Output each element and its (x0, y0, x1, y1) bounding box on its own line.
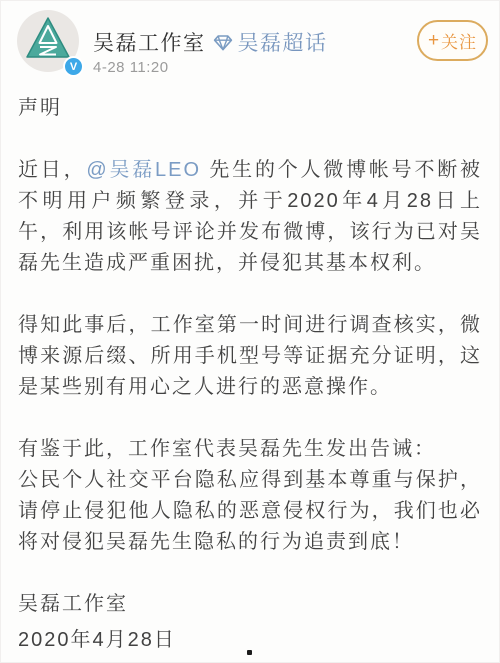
para3-line2: 公民个人社交平台隐私应得到基本尊重与保护，请停止侵犯他人隐私的恶意侵权行为，我们… (18, 465, 482, 558)
post-header: V 吴磊工作室 吴磊超话 4-28 11:20 + 关注 (1, 1, 499, 85)
plus-icon: + (428, 30, 440, 52)
small-dot (247, 650, 252, 655)
supertopic-diamond-icon (213, 34, 233, 52)
para3-line1: 有鉴于此，工作室代表吴磊先生发出告诫： (18, 434, 482, 465)
paragraph-3: 有鉴于此，工作室代表吴磊先生发出告诫： 公民个人社交平台隐私应得到基本尊重与保护… (18, 434, 482, 558)
weibo-post-card: V 吴磊工作室 吴磊超话 4-28 11:20 + 关注 声明 近日，@吴磊LE… (0, 0, 500, 663)
username[interactable]: 吴磊工作室 (93, 27, 206, 57)
paragraph-1: 近日，@吴磊LEO 先生的个人微博帐号不断被不明用户频繁登录，并于2020年4月… (18, 155, 482, 279)
post-body: 声明 近日，@吴磊LEO 先生的个人微博帐号不断被不明用户频繁登录，并于2020… (18, 93, 482, 656)
verified-letter: V (70, 61, 77, 73)
supertopic-link[interactable]: 吴磊超话 (238, 27, 328, 57)
mention-link[interactable]: @吴磊LEO (86, 159, 201, 181)
follow-button[interactable]: + 关注 (417, 20, 488, 61)
para1-prefix: 近日， (18, 159, 86, 181)
statement-title: 声明 (18, 93, 482, 124)
paragraph-2: 得知此事后，工作室第一时间进行调查核实，微博来源后缀、所用手机型号等证据充分证明… (18, 310, 482, 403)
timestamp: 4-28 11:20 (93, 59, 169, 76)
name-line: 吴磊工作室 吴磊超话 (93, 27, 328, 57)
avatar[interactable]: V (16, 9, 80, 73)
verified-badge-icon: V (63, 56, 84, 77)
follow-label: 关注 (441, 28, 477, 53)
signature: 吴磊工作室 (18, 589, 482, 620)
